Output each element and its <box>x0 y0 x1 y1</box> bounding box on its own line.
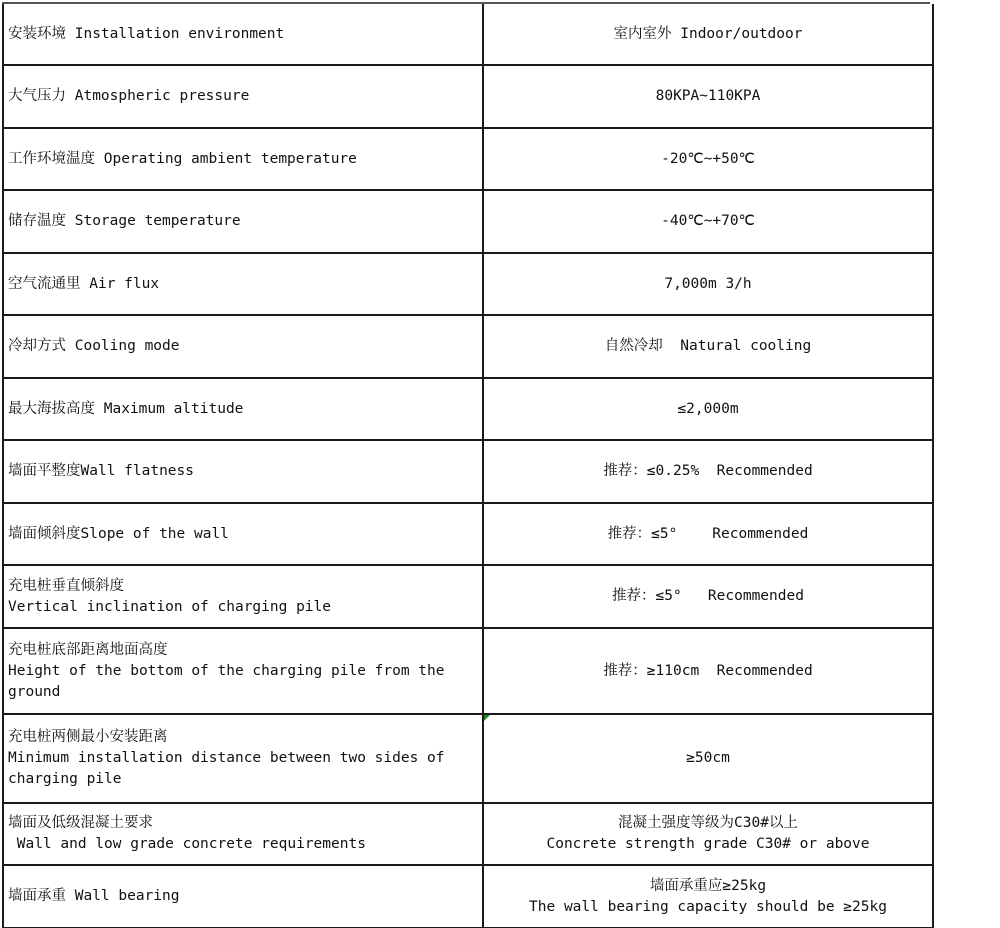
table-row: 大气压力 Atmospheric pressure80KPA~110KPA <box>3 65 933 128</box>
parameter-cell[interactable]: 墙面平整度Wall flatness <box>3 440 483 503</box>
value-cell[interactable]: 自然冷却 Natural cooling <box>483 315 933 378</box>
value-cell[interactable]: 推荐：≤5° Recommended <box>483 565 933 628</box>
value-cell[interactable]: 混凝土强度等级为C30#以上Concrete strength grade C3… <box>483 803 933 865</box>
parameter-text: 空气流通里 Air flux <box>8 274 482 295</box>
parameter-cell[interactable]: 工作环境温度 Operating ambient temperature <box>3 128 483 190</box>
value-text: 7,000m 3/h <box>484 274 932 295</box>
table-row: 墙面承重 Wall bearing墙面承重应≥25kgThe wall bear… <box>3 865 933 928</box>
value-cell[interactable]: 7,000m 3/h <box>483 253 933 315</box>
parameter-cell[interactable]: 空气流通里 Air flux <box>3 253 483 315</box>
table-row: 安装环境 Installation environment室内室外 Indoor… <box>3 4 933 65</box>
value-text: 推荐：≥110cm Recommended <box>484 661 932 682</box>
value-text: -40℃~+70℃ <box>484 211 932 232</box>
parameter-text: Wall and low grade concrete requirements <box>8 834 482 855</box>
parameter-cell[interactable]: 墙面承重 Wall bearing <box>3 865 483 928</box>
parameter-text: 充电桩垂直倾斜度 <box>8 576 482 597</box>
parameter-text: 最大海拔高度 Maximum altitude <box>8 399 482 420</box>
value-text: ≥50cm <box>484 748 932 769</box>
table-row: 充电桩底部距离地面高度Height of the bottom of the c… <box>3 628 933 714</box>
parameter-text: 墙面及低级混凝土要求 <box>8 813 482 834</box>
table-row: 冷却方式 Cooling mode自然冷却 Natural cooling <box>3 315 933 378</box>
parameter-cell[interactable]: 最大海拔高度 Maximum altitude <box>3 378 483 440</box>
parameter-text: 安装环境 Installation environment <box>8 24 482 45</box>
value-cell[interactable]: ≥50cm <box>483 714 933 803</box>
table-row: 最大海拔高度 Maximum altitude≤2,000m <box>3 378 933 440</box>
parameter-text: 储存温度 Storage temperature <box>8 211 482 232</box>
table-row: 工作环境温度 Operating ambient temperature-20℃… <box>3 128 933 190</box>
value-text: 推荐：≤0.25% Recommended <box>484 461 932 482</box>
parameter-text: 大气压力 Atmospheric pressure <box>8 86 482 107</box>
table-row: 充电桩垂直倾斜度Vertical inclination of charging… <box>3 565 933 628</box>
table-row: 墙面及低级混凝土要求 Wall and low grade concrete r… <box>3 803 933 865</box>
table-row: 充电桩两侧最小安装距离Minimum installation distance… <box>3 714 933 803</box>
specification-table: 安装环境 Installation environment室内室外 Indoor… <box>2 4 934 928</box>
parameter-text: ground <box>8 682 482 703</box>
table-row: 墙面倾斜度Slope of the wall推荐：≤5° Recommended <box>3 503 933 565</box>
parameter-text: 墙面承重 Wall bearing <box>8 886 482 907</box>
parameter-text: 墙面倾斜度Slope of the wall <box>8 524 482 545</box>
table-row: 墙面平整度Wall flatness推荐：≤0.25% Recommended <box>3 440 933 503</box>
value-text: 推荐：≤5° Recommended <box>484 524 932 545</box>
value-cell[interactable]: ≤2,000m <box>483 378 933 440</box>
value-text: Concrete strength grade C30# or above <box>484 834 932 855</box>
value-text: 墙面承重应≥25kg <box>484 876 932 897</box>
parameter-text: 充电桩底部距离地面高度 <box>8 640 482 661</box>
spec-sheet: 安装环境 Installation environment室内室外 Indoor… <box>2 2 930 928</box>
table-row: 空气流通里 Air flux7,000m 3/h <box>3 253 933 315</box>
parameter-cell[interactable]: 充电桩两侧最小安装距离Minimum installation distance… <box>3 714 483 803</box>
value-text: 推荐：≤5° Recommended <box>484 586 932 607</box>
parameter-cell[interactable]: 墙面及低级混凝土要求 Wall and low grade concrete r… <box>3 803 483 865</box>
parameter-text: 墙面平整度Wall flatness <box>8 461 482 482</box>
parameter-cell[interactable]: 大气压力 Atmospheric pressure <box>3 65 483 128</box>
value-cell[interactable]: 室内室外 Indoor/outdoor <box>483 4 933 65</box>
value-text: The wall bearing capacity should be ≥25k… <box>484 897 932 918</box>
parameter-cell[interactable]: 储存温度 Storage temperature <box>3 190 483 253</box>
parameter-text: 充电桩两侧最小安装距离 <box>8 727 482 748</box>
value-cell[interactable]: 推荐：≥110cm Recommended <box>483 628 933 714</box>
value-cell[interactable]: 墙面承重应≥25kgThe wall bearing capacity shou… <box>483 865 933 928</box>
value-cell[interactable]: 推荐：≤5° Recommended <box>483 503 933 565</box>
parameter-text: 工作环境温度 Operating ambient temperature <box>8 149 482 170</box>
value-text: 80KPA~110KPA <box>484 86 932 107</box>
value-cell[interactable]: -40℃~+70℃ <box>483 190 933 253</box>
value-text: 混凝土强度等级为C30#以上 <box>484 813 932 834</box>
value-text: 室内室外 Indoor/outdoor <box>484 24 932 45</box>
value-cell[interactable]: 推荐：≤0.25% Recommended <box>483 440 933 503</box>
parameter-text: Vertical inclination of charging pile <box>8 597 482 618</box>
parameter-cell[interactable]: 安装环境 Installation environment <box>3 4 483 65</box>
value-cell[interactable]: 80KPA~110KPA <box>483 65 933 128</box>
value-text: ≤2,000m <box>484 399 932 420</box>
parameter-cell[interactable]: 墙面倾斜度Slope of the wall <box>3 503 483 565</box>
table-body: 安装环境 Installation environment室内室外 Indoor… <box>3 4 933 928</box>
parameter-text: Minimum installation distance between tw… <box>8 748 482 769</box>
parameter-text: Height of the bottom of the charging pil… <box>8 661 482 682</box>
parameter-cell[interactable]: 充电桩底部距离地面高度Height of the bottom of the c… <box>3 628 483 714</box>
value-text: -20℃~+50℃ <box>484 149 932 170</box>
parameter-text: 冷却方式 Cooling mode <box>8 336 482 357</box>
cell-comment-marker-icon <box>484 715 490 721</box>
value-text: 自然冷却 Natural cooling <box>484 336 932 357</box>
table-row: 储存温度 Storage temperature-40℃~+70℃ <box>3 190 933 253</box>
parameter-cell[interactable]: 充电桩垂直倾斜度Vertical inclination of charging… <box>3 565 483 628</box>
value-cell[interactable]: -20℃~+50℃ <box>483 128 933 190</box>
parameter-cell[interactable]: 冷却方式 Cooling mode <box>3 315 483 378</box>
parameter-text: charging pile <box>8 769 482 790</box>
